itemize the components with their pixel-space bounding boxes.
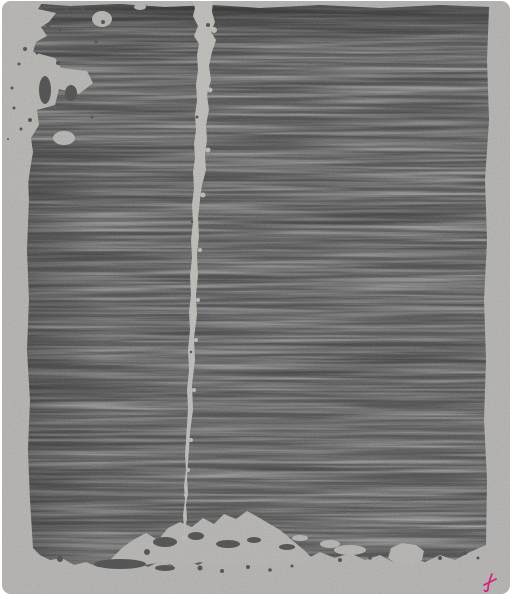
rug-product-photo (0, 0, 512, 599)
rug-body (0, 0, 512, 599)
rug-artwork (0, 0, 512, 599)
fabric-noise-overlay (0, 0, 512, 599)
